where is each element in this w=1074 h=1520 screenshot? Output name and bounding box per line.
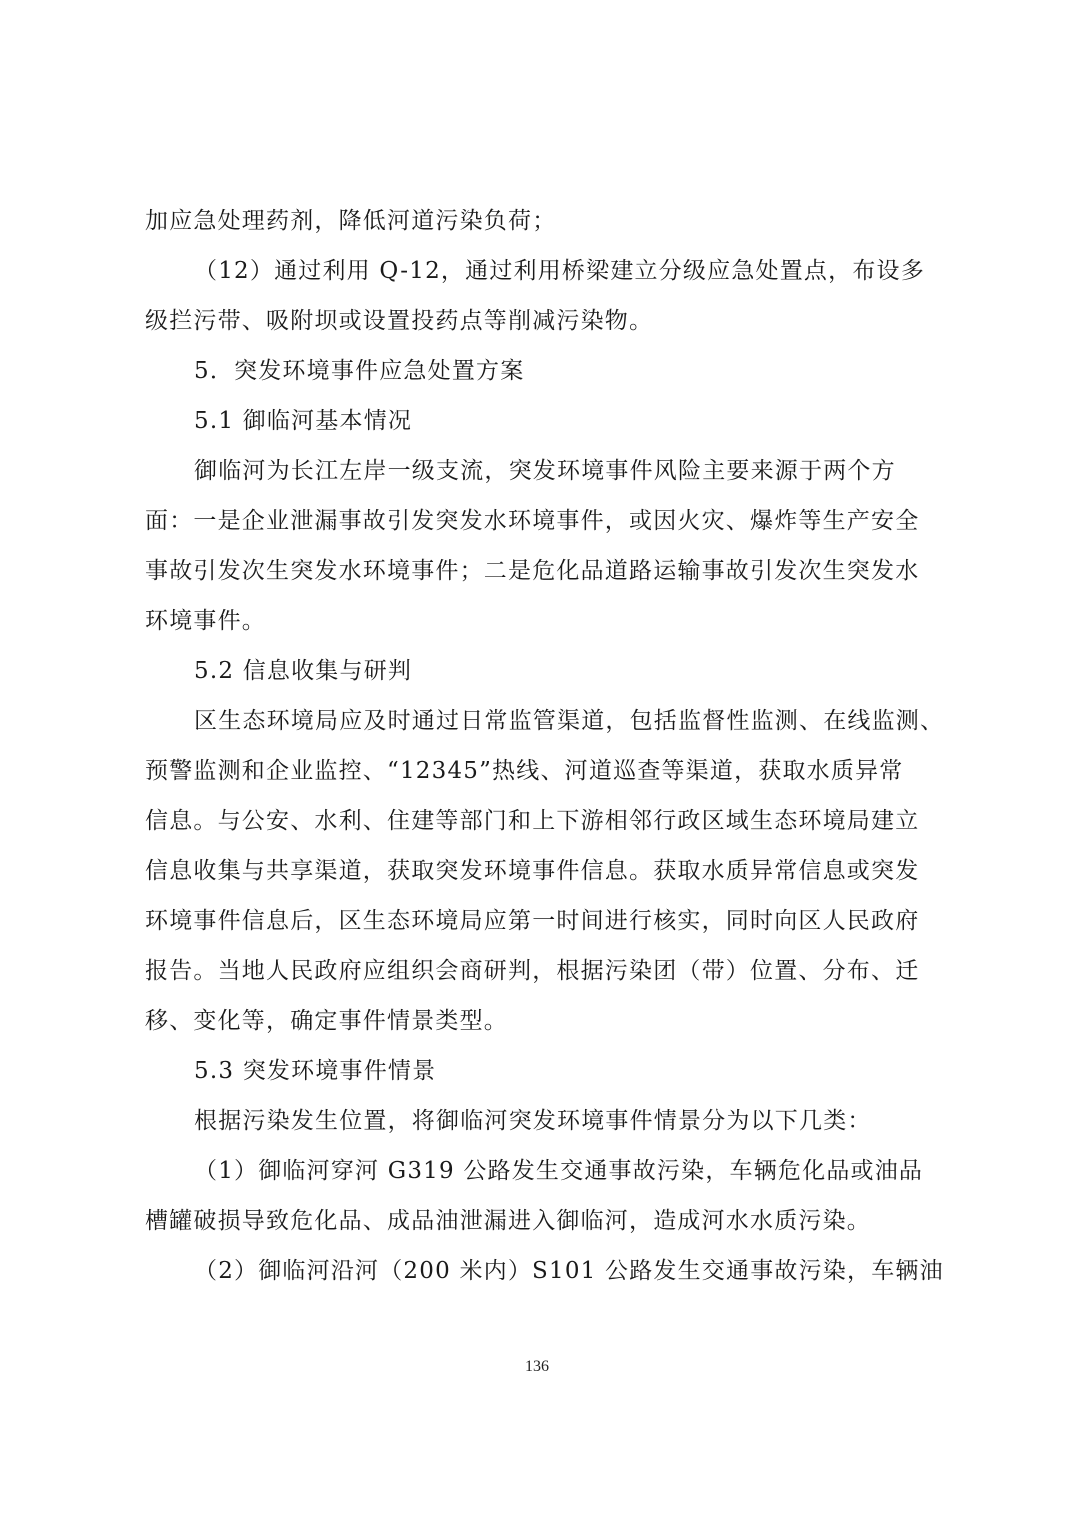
text-line: 移、变化等，确定事件情景类型。 [145, 996, 941, 1046]
document-body: 加应急处理药剂，降低河道污染负荷； （12）通过利用 Q-12，通过利用桥梁建立… [145, 196, 941, 1296]
text-line: 信息收集与共享渠道，获取突发环境事件信息。获取水质异常信息或突发 [145, 846, 941, 896]
section-heading-5-2: 5.2 信息收集与研判 [145, 646, 941, 696]
section-heading-5-3: 5.3 突发环境事件情景 [145, 1046, 941, 1096]
text-line: 预警监测和企业监控、“12345”热线、河道巡查等渠道，获取水质异常 [145, 746, 941, 796]
list-item-2: （2）御临河沿河（200 米内）S101 公路发生交通事故污染，车辆油 [145, 1246, 941, 1296]
text-line: 面：一是企业泄漏事故引发突发水环境事件，或因火灾、爆炸等生产安全 [145, 496, 941, 546]
list-item-12: （12）通过利用 Q-12，通过利用桥梁建立分级应急处置点，布设多 [145, 246, 941, 296]
text-line: 事故引发次生突发水环境事件；二是危化品道路运输事故引发次生突发水 [145, 546, 941, 596]
section-heading-5-1: 5.1 御临河基本情况 [145, 396, 941, 446]
list-item-1: （1）御临河穿河 G319 公路发生交通事故污染，车辆危化品或油品 [145, 1146, 941, 1196]
text-line: 御临河为长江左岸一级支流，突发环境事件风险主要来源于两个方 [145, 446, 941, 496]
section-heading-5: 5．突发环境事件应急处置方案 [145, 346, 941, 396]
text-line: 级拦污带、吸附坝或设置投药点等削减污染物。 [145, 296, 941, 346]
page-number: 136 [0, 1358, 1074, 1376]
text-line: 环境事件。 [145, 596, 941, 646]
text-line: 槽罐破损导致危化品、成品油泄漏进入御临河，造成河水水质污染。 [145, 1196, 941, 1246]
text-line: 报告。当地人民政府应组织会商研判，根据污染团（带）位置、分布、迁 [145, 946, 941, 996]
text-line: 根据污染发生位置，将御临河突发环境事件情景分为以下几类： [145, 1096, 941, 1146]
text-line: 区生态环境局应及时通过日常监管渠道，包括监督性监测、在线监测、 [145, 696, 941, 746]
text-line: 环境事件信息后，区生态环境局应第一时间进行核实，同时向区人民政府 [145, 896, 941, 946]
text-line: 信息。与公安、水利、住建等部门和上下游相邻行政区域生态环境局建立 [145, 796, 941, 846]
text-line: 加应急处理药剂，降低河道污染负荷； [145, 196, 941, 246]
